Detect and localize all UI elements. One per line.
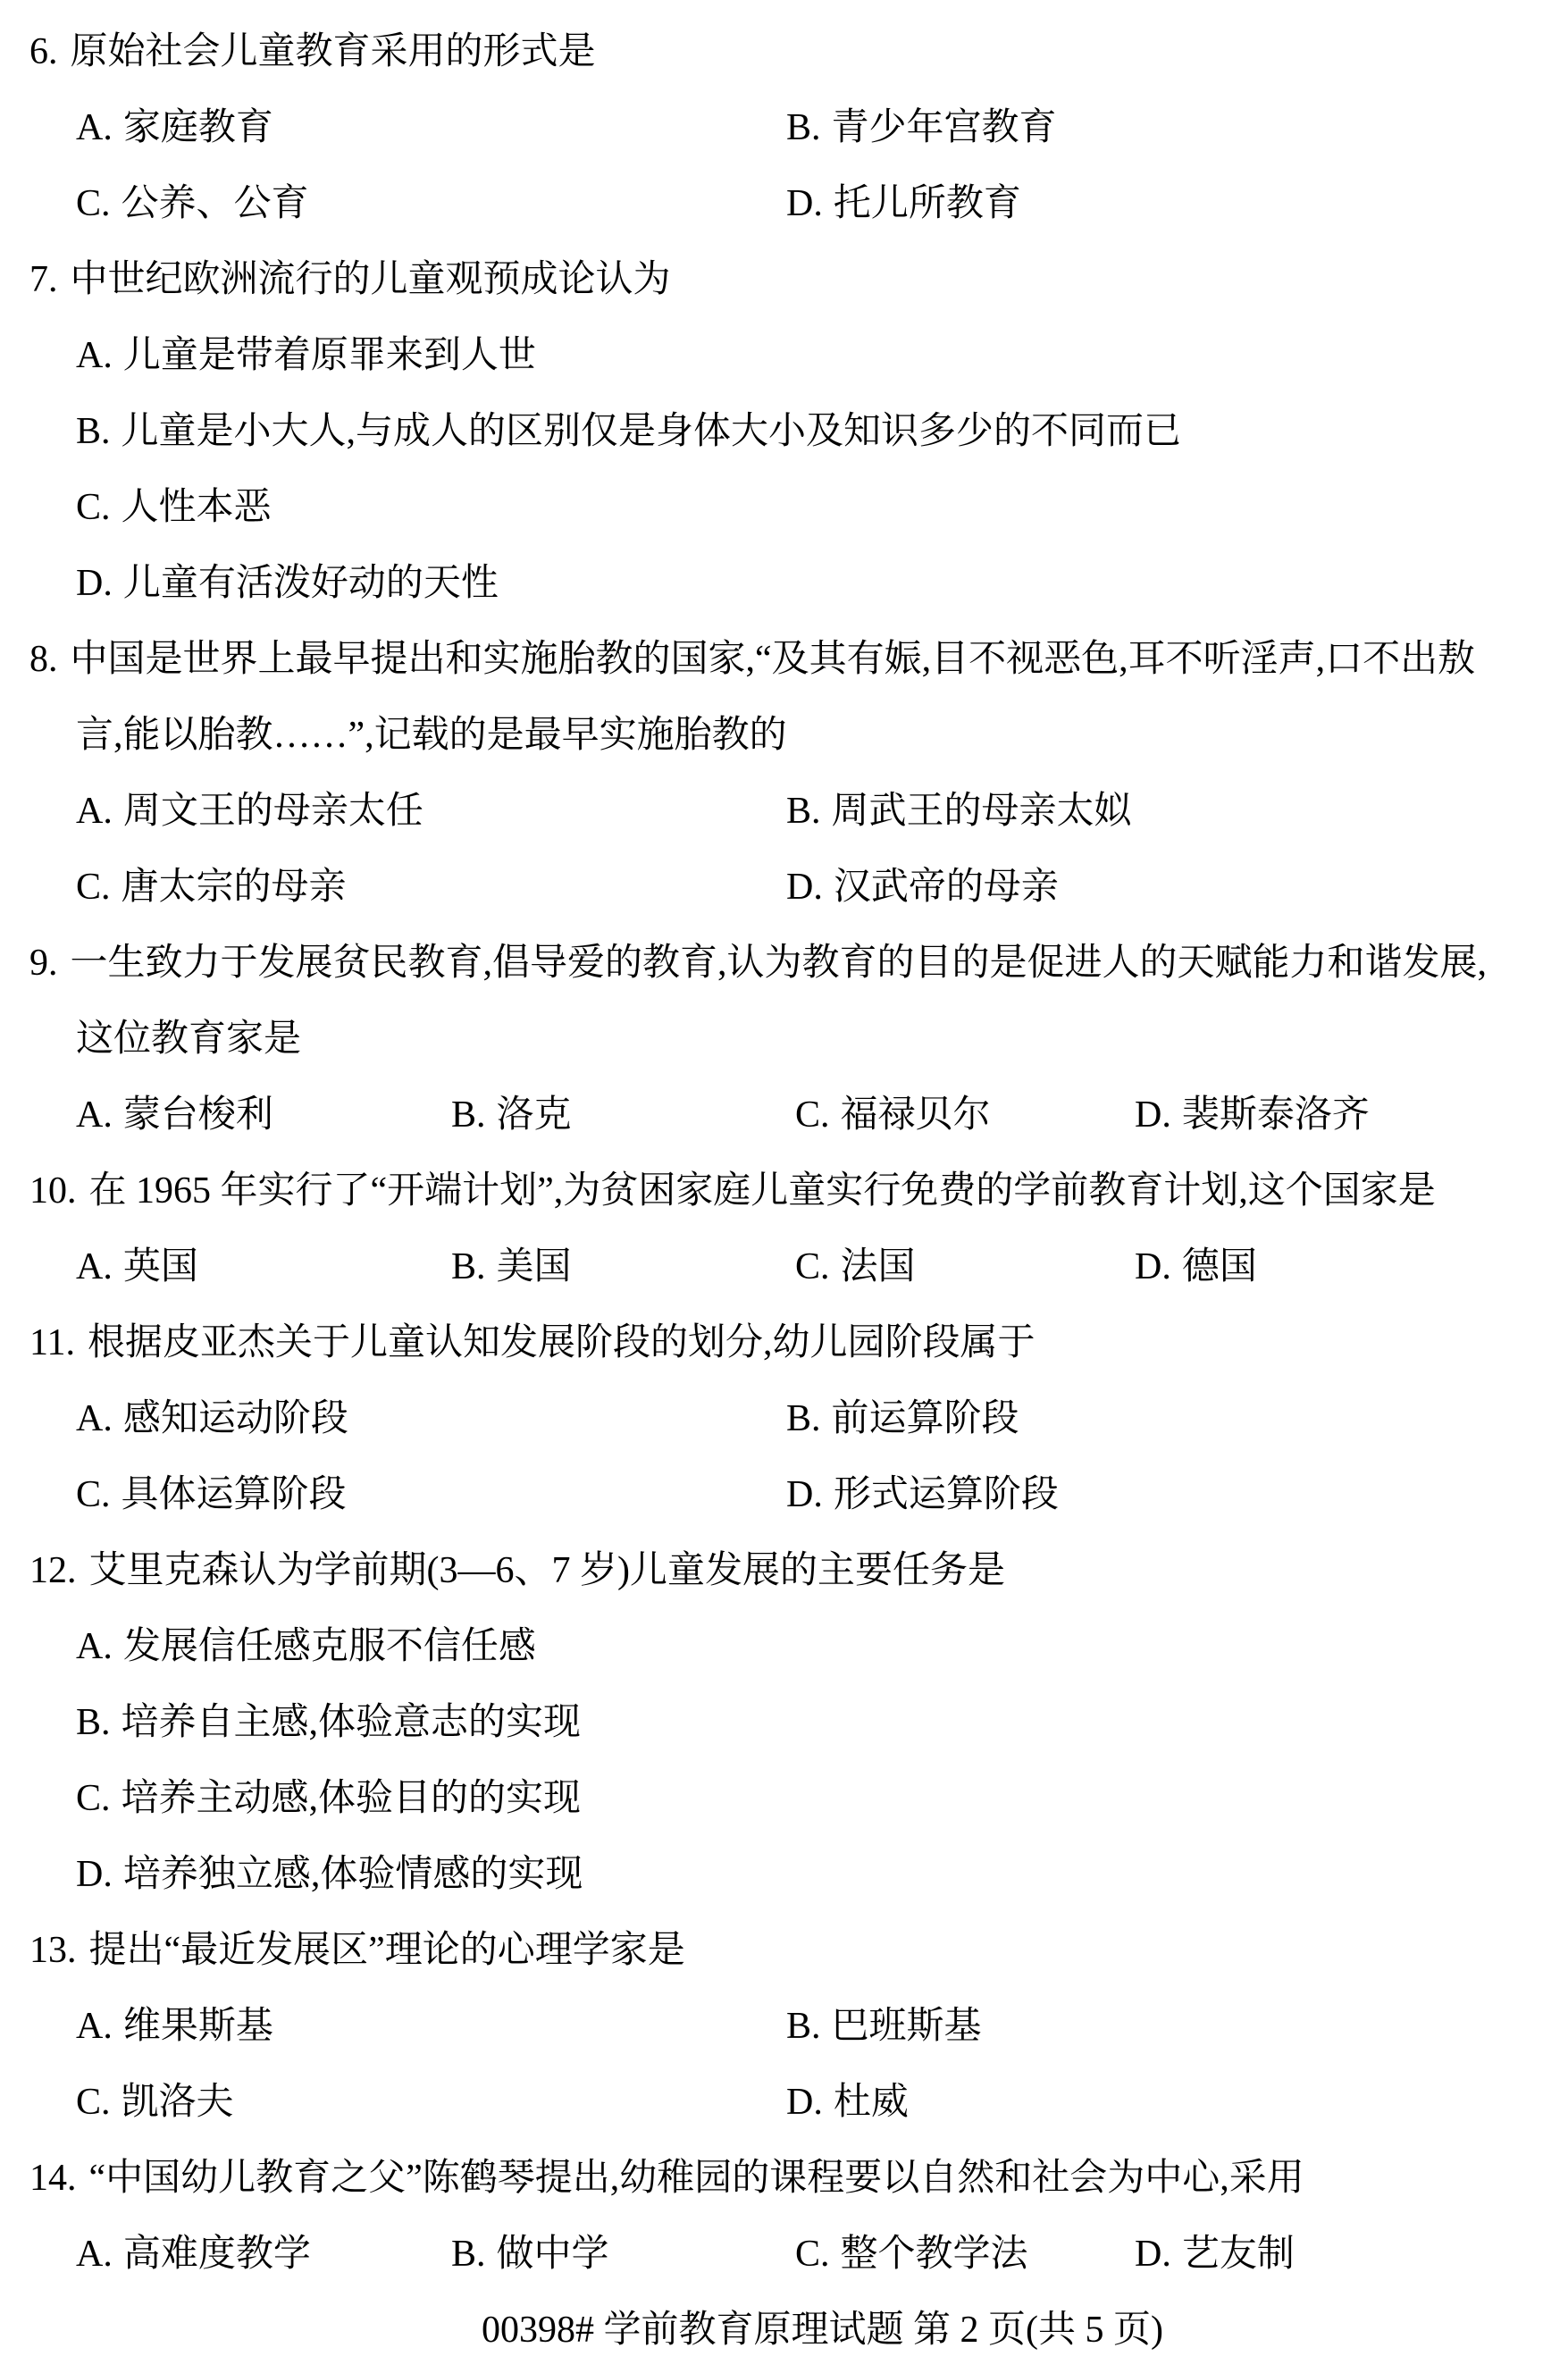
question-stem-text: 艾里克森认为学前期(3—6、7 岁)儿童发展的主要任务是 — [89, 1550, 1005, 1591]
question-number: 14. — [29, 2158, 77, 2199]
option-row: A.高难度教学B.做中学C.整个教学法D.艺友制 — [0, 2217, 1568, 2293]
option-label: C. — [76, 1778, 111, 1819]
option-label: A. — [76, 107, 113, 148]
question-number: 6. — [29, 31, 58, 72]
option-label: C. — [76, 1474, 111, 1515]
option-text: 周文王的母亲太任 — [123, 791, 423, 832]
option-a: A.蒙台梭利 — [76, 1077, 273, 1153]
option-text: 汉武帝的母亲 — [834, 867, 1059, 908]
option-text: 人性本恶 — [122, 487, 272, 528]
question-number: 13. — [29, 1930, 77, 1971]
option-c: C.唐太宗的母亲 — [76, 850, 347, 926]
option-text: 艺友制 — [1182, 2234, 1295, 2275]
option-text: 蒙台梭利 — [123, 1094, 273, 1136]
option-text: 整个教学法 — [841, 2234, 1028, 2275]
question-stem-line: 这位教育家是 — [0, 1002, 1568, 1077]
option-text: 维果斯基 — [123, 2006, 273, 2047]
option-c: C.具体运算阶段 — [76, 1457, 347, 1533]
option-b: B.巴班斯基 — [786, 1989, 982, 2065]
question-11: 11.根据皮亚杰关于儿童认知发展阶段的划分,幼儿园阶段属于A.感知运动阶段B.前… — [0, 1305, 1568, 1533]
option-label: B. — [76, 1702, 111, 1743]
option-label: B. — [786, 2006, 821, 2047]
option-label: D. — [786, 867, 823, 908]
question-number: 7. — [29, 259, 58, 300]
option-a: A.维果斯基 — [76, 1989, 273, 2065]
question-stem-line: 言,能以胎教……”,记载的是最早实施胎教的 — [0, 698, 1568, 774]
option-a: A.感知运动阶段 — [76, 1381, 348, 1457]
questions-list: 6.原始社会儿童教育采用的形式是A.家庭教育B.青少年宫教育C.公养、公育D.托… — [0, 14, 1568, 2293]
option-label: C. — [76, 2082, 111, 2123]
option-text: 形式运算阶段 — [834, 1474, 1059, 1515]
question-number: 12. — [29, 1550, 77, 1591]
question-stem-text: 在 1965 年实行了“开端计划”,为贫困家庭儿童实行免费的学前教育计划,这个国… — [89, 1170, 1436, 1212]
option-label: A. — [76, 1626, 113, 1667]
option-c: C.整个教学法 — [795, 2217, 1028, 2293]
option-text: 唐太宗的母亲 — [122, 867, 347, 908]
option-text: 凯洛夫 — [122, 2082, 234, 2123]
question-7: 7.中世纪欧洲流行的儿童观预成论认为A.儿童是带着原罪来到人世B.儿童是小大人,… — [0, 242, 1568, 622]
option-label: D. — [1135, 1094, 1171, 1136]
option-row: A.周文王的母亲太任B.周武王的母亲太姒 — [0, 774, 1568, 850]
question-stem-line: 9.一生致力于发展贫民教育,倡导爱的教育,认为教育的目的是促进人的天赋能力和谐发… — [0, 926, 1568, 1002]
option-row: B.培养自主感,体验意志的实现 — [0, 1685, 1568, 1761]
option-d: D.裴斯泰洛齐 — [1135, 1077, 1370, 1153]
option-text: 美国 — [497, 1246, 572, 1287]
option-label: B. — [451, 1246, 486, 1287]
option-text: 青少年宫教育 — [832, 107, 1057, 148]
option-text: 公养、公育 — [122, 183, 309, 224]
option-d: D.德国 — [1135, 1229, 1257, 1305]
option-label: D. — [1135, 2234, 1171, 2275]
option-d: D.培养独立感,体验情感的实现 — [76, 1854, 583, 1895]
option-label: B. — [786, 791, 821, 832]
option-c: C.公养、公育 — [76, 166, 309, 242]
option-row: D.儿童有活泼好动的天性 — [0, 546, 1568, 622]
option-a: A.发展信任感克服不信任感 — [76, 1626, 536, 1667]
page-footer: 00398# 学前教育原理试题 第 2 页(共 5 页) — [38, 2293, 1568, 2369]
question-stem-line: 10.在 1965 年实行了“开端计划”,为贫困家庭儿童实行免费的学前教育计划,… — [0, 1153, 1568, 1229]
option-b: B.洛克 — [451, 1077, 572, 1153]
option-text: 洛克 — [497, 1094, 572, 1136]
option-row: D.培养独立感,体验情感的实现 — [0, 1837, 1568, 1913]
question-stem-text: “中国幼儿教育之父”陈鹤琴提出,幼稚园的课程要以自然和社会为中心,采用 — [89, 2158, 1304, 2199]
option-text: 儿童是带着原罪来到人世 — [123, 335, 536, 376]
exam-page: 6.原始社会儿童教育采用的形式是A.家庭教育B.青少年宫教育C.公养、公育D.托… — [0, 0, 1568, 2369]
question-stem-text: 原始社会儿童教育采用的形式是 — [71, 31, 596, 72]
option-row: A.家庭教育B.青少年宫教育 — [0, 90, 1568, 166]
option-row: C.具体运算阶段D.形式运算阶段 — [0, 1457, 1568, 1533]
option-label: C. — [76, 183, 111, 224]
option-text: 周武王的母亲太姒 — [832, 791, 1132, 832]
option-text: 前运算阶段 — [832, 1398, 1019, 1439]
option-row: C.人性本恶 — [0, 470, 1568, 546]
option-text: 培养主动感,体验目的的实现 — [122, 1778, 582, 1819]
option-row: C.培养主动感,体验目的的实现 — [0, 1761, 1568, 1837]
option-b: B.儿童是小大人,与成人的区别仅是身体大小及知识多少的不同而已 — [76, 411, 1181, 452]
option-label: B. — [786, 107, 821, 148]
option-c: C.人性本恶 — [76, 487, 272, 528]
option-row: C.凯洛夫D.杜威 — [0, 2065, 1568, 2141]
option-d: D.托儿所教育 — [786, 166, 1021, 242]
option-text: 儿童是小大人,与成人的区别仅是身体大小及知识多少的不同而已 — [122, 411, 1182, 452]
option-text: 英国 — [123, 1246, 198, 1287]
option-row: A.英国B.美国C.法国D.德国 — [0, 1229, 1568, 1305]
option-text: 发展信任感克服不信任感 — [123, 1626, 536, 1667]
option-b: B.美国 — [451, 1229, 572, 1305]
option-text: 法国 — [841, 1246, 916, 1287]
option-a: A.儿童是带着原罪来到人世 — [76, 335, 536, 376]
option-label: D. — [786, 2082, 823, 2123]
option-label: C. — [795, 1246, 830, 1287]
option-label: B. — [76, 411, 111, 452]
option-label: C. — [76, 867, 111, 908]
question-stem-text: 中世纪欧洲流行的儿童观预成论认为 — [71, 259, 671, 300]
question-stem-text: 言,能以胎教……”,记载的是最早实施胎教的 — [76, 715, 787, 756]
question-stem-text: 一生致力于发展贫民教育,倡导爱的教育,认为教育的目的是促进人的天赋能力和谐发展, — [71, 943, 1488, 984]
question-number: 8. — [29, 639, 58, 680]
question-number: 11. — [29, 1322, 75, 1363]
option-label: A. — [76, 1094, 113, 1136]
question-stem-line: 11.根据皮亚杰关于儿童认知发展阶段的划分,幼儿园阶段属于 — [0, 1305, 1568, 1381]
option-label: D. — [786, 1474, 823, 1515]
question-number: 10. — [29, 1170, 77, 1212]
question-stem-text: 中国是世界上最早提出和实施胎教的国家,“及其有娠,目不视恶色,耳不听淫声,口不出… — [71, 639, 1476, 680]
option-text: 感知运动阶段 — [123, 1398, 348, 1439]
option-c: C.法国 — [795, 1229, 916, 1305]
question-9: 9.一生致力于发展贫民教育,倡导爱的教育,认为教育的目的是促进人的天赋能力和谐发… — [0, 926, 1568, 1153]
option-row: B.儿童是小大人,与成人的区别仅是身体大小及知识多少的不同而已 — [0, 394, 1568, 470]
question-stem-line: 13.提出“最近发展区”理论的心理学家是 — [0, 1913, 1568, 1989]
option-label: A. — [76, 2234, 113, 2275]
question-stem-text: 根据皮亚杰关于儿童认知发展阶段的划分,幼儿园阶段属于 — [88, 1322, 1036, 1363]
option-text: 具体运算阶段 — [122, 1474, 347, 1515]
question-stem-line: 14.“中国幼儿教育之父”陈鹤琴提出,幼稚园的课程要以自然和社会为中心,采用 — [0, 2141, 1568, 2217]
question-stem-line: 8.中国是世界上最早提出和实施胎教的国家,“及其有娠,目不视恶色,耳不听淫声,口… — [0, 622, 1568, 698]
option-b: B.青少年宫教育 — [786, 90, 1057, 166]
option-label: A. — [76, 791, 113, 832]
option-text: 做中学 — [497, 2234, 609, 2275]
option-c: C.培养主动感,体验目的的实现 — [76, 1778, 581, 1819]
option-label: D. — [76, 563, 113, 604]
option-text: 托儿所教育 — [834, 183, 1021, 224]
option-a: A.高难度教学 — [76, 2217, 311, 2293]
option-row: A.感知运动阶段B.前运算阶段 — [0, 1381, 1568, 1457]
option-label: C. — [795, 2234, 830, 2275]
question-8: 8.中国是世界上最早提出和实施胎教的国家,“及其有娠,目不视恶色,耳不听淫声,口… — [0, 622, 1568, 926]
option-text: 家庭教育 — [123, 107, 273, 148]
option-label: A. — [76, 1398, 113, 1439]
question-12: 12.艾里克森认为学前期(3—6、7 岁)儿童发展的主要任务是A.发展信任感克服… — [0, 1533, 1568, 1913]
option-label: B. — [786, 1398, 821, 1439]
option-d: D.杜威 — [786, 2065, 909, 2141]
question-stem-line: 6.原始社会儿童教育采用的形式是 — [0, 14, 1568, 90]
option-b: B.前运算阶段 — [786, 1381, 1019, 1457]
option-text: 福禄贝尔 — [841, 1094, 991, 1136]
option-c: C.凯洛夫 — [76, 2065, 234, 2141]
option-label: D. — [1135, 1246, 1171, 1287]
option-text: 巴班斯基 — [832, 2006, 982, 2047]
question-number: 9. — [29, 943, 58, 984]
option-row: C.公养、公育D.托儿所教育 — [0, 166, 1568, 242]
option-a: A.周文王的母亲太任 — [76, 774, 423, 850]
option-label: A. — [76, 2006, 113, 2047]
option-row: A.维果斯基B.巴班斯基 — [0, 1989, 1568, 2065]
option-d: D.儿童有活泼好动的天性 — [76, 563, 499, 604]
question-stem-text: 提出“最近发展区”理论的心理学家是 — [89, 1930, 685, 1971]
option-text: 裴斯泰洛齐 — [1182, 1094, 1370, 1136]
option-label: A. — [76, 335, 113, 376]
question-10: 10.在 1965 年实行了“开端计划”,为贫困家庭儿童实行免费的学前教育计划,… — [0, 1153, 1568, 1305]
option-row: C.唐太宗的母亲D.汉武帝的母亲 — [0, 850, 1568, 926]
option-a: A.家庭教育 — [76, 90, 273, 166]
option-label: D. — [76, 1854, 113, 1895]
option-label: B. — [451, 2234, 486, 2275]
question-14: 14.“中国幼儿教育之父”陈鹤琴提出,幼稚园的课程要以自然和社会为中心,采用A.… — [0, 2141, 1568, 2293]
option-row: A.儿童是带着原罪来到人世 — [0, 318, 1568, 394]
question-stem-text: 这位教育家是 — [76, 1019, 301, 1060]
option-label: C. — [76, 487, 111, 528]
question-stem-line: 7.中世纪欧洲流行的儿童观预成论认为 — [0, 242, 1568, 318]
option-b: B.周武王的母亲太姒 — [786, 774, 1132, 850]
question-13: 13.提出“最近发展区”理论的心理学家是A.维果斯基B.巴班斯基C.凯洛夫D.杜… — [0, 1913, 1568, 2141]
option-text: 高难度教学 — [123, 2234, 311, 2275]
option-c: C.福禄贝尔 — [795, 1077, 991, 1153]
option-b: B.做中学 — [451, 2217, 609, 2293]
option-row: A.发展信任感克服不信任感 — [0, 1609, 1568, 1685]
option-text: 儿童有活泼好动的天性 — [123, 563, 499, 604]
option-label: B. — [451, 1094, 486, 1136]
option-text: 杜威 — [834, 2082, 909, 2123]
option-text: 德国 — [1182, 1246, 1257, 1287]
option-text: 培养独立感,体验情感的实现 — [123, 1854, 583, 1895]
option-label: D. — [786, 183, 823, 224]
option-d: D.艺友制 — [1135, 2217, 1295, 2293]
question-6: 6.原始社会儿童教育采用的形式是A.家庭教育B.青少年宫教育C.公养、公育D.托… — [0, 14, 1568, 242]
option-label: A. — [76, 1246, 113, 1287]
option-label: C. — [795, 1094, 830, 1136]
question-stem-line: 12.艾里克森认为学前期(3—6、7 岁)儿童发展的主要任务是 — [0, 1533, 1568, 1609]
option-d: D.形式运算阶段 — [786, 1457, 1059, 1533]
option-row: A.蒙台梭利B.洛克C.福禄贝尔D.裴斯泰洛齐 — [0, 1077, 1568, 1153]
option-b: B.培养自主感,体验意志的实现 — [76, 1702, 581, 1743]
option-text: 培养自主感,体验意志的实现 — [122, 1702, 582, 1743]
option-a: A.英国 — [76, 1229, 198, 1305]
option-d: D.汉武帝的母亲 — [786, 850, 1059, 926]
